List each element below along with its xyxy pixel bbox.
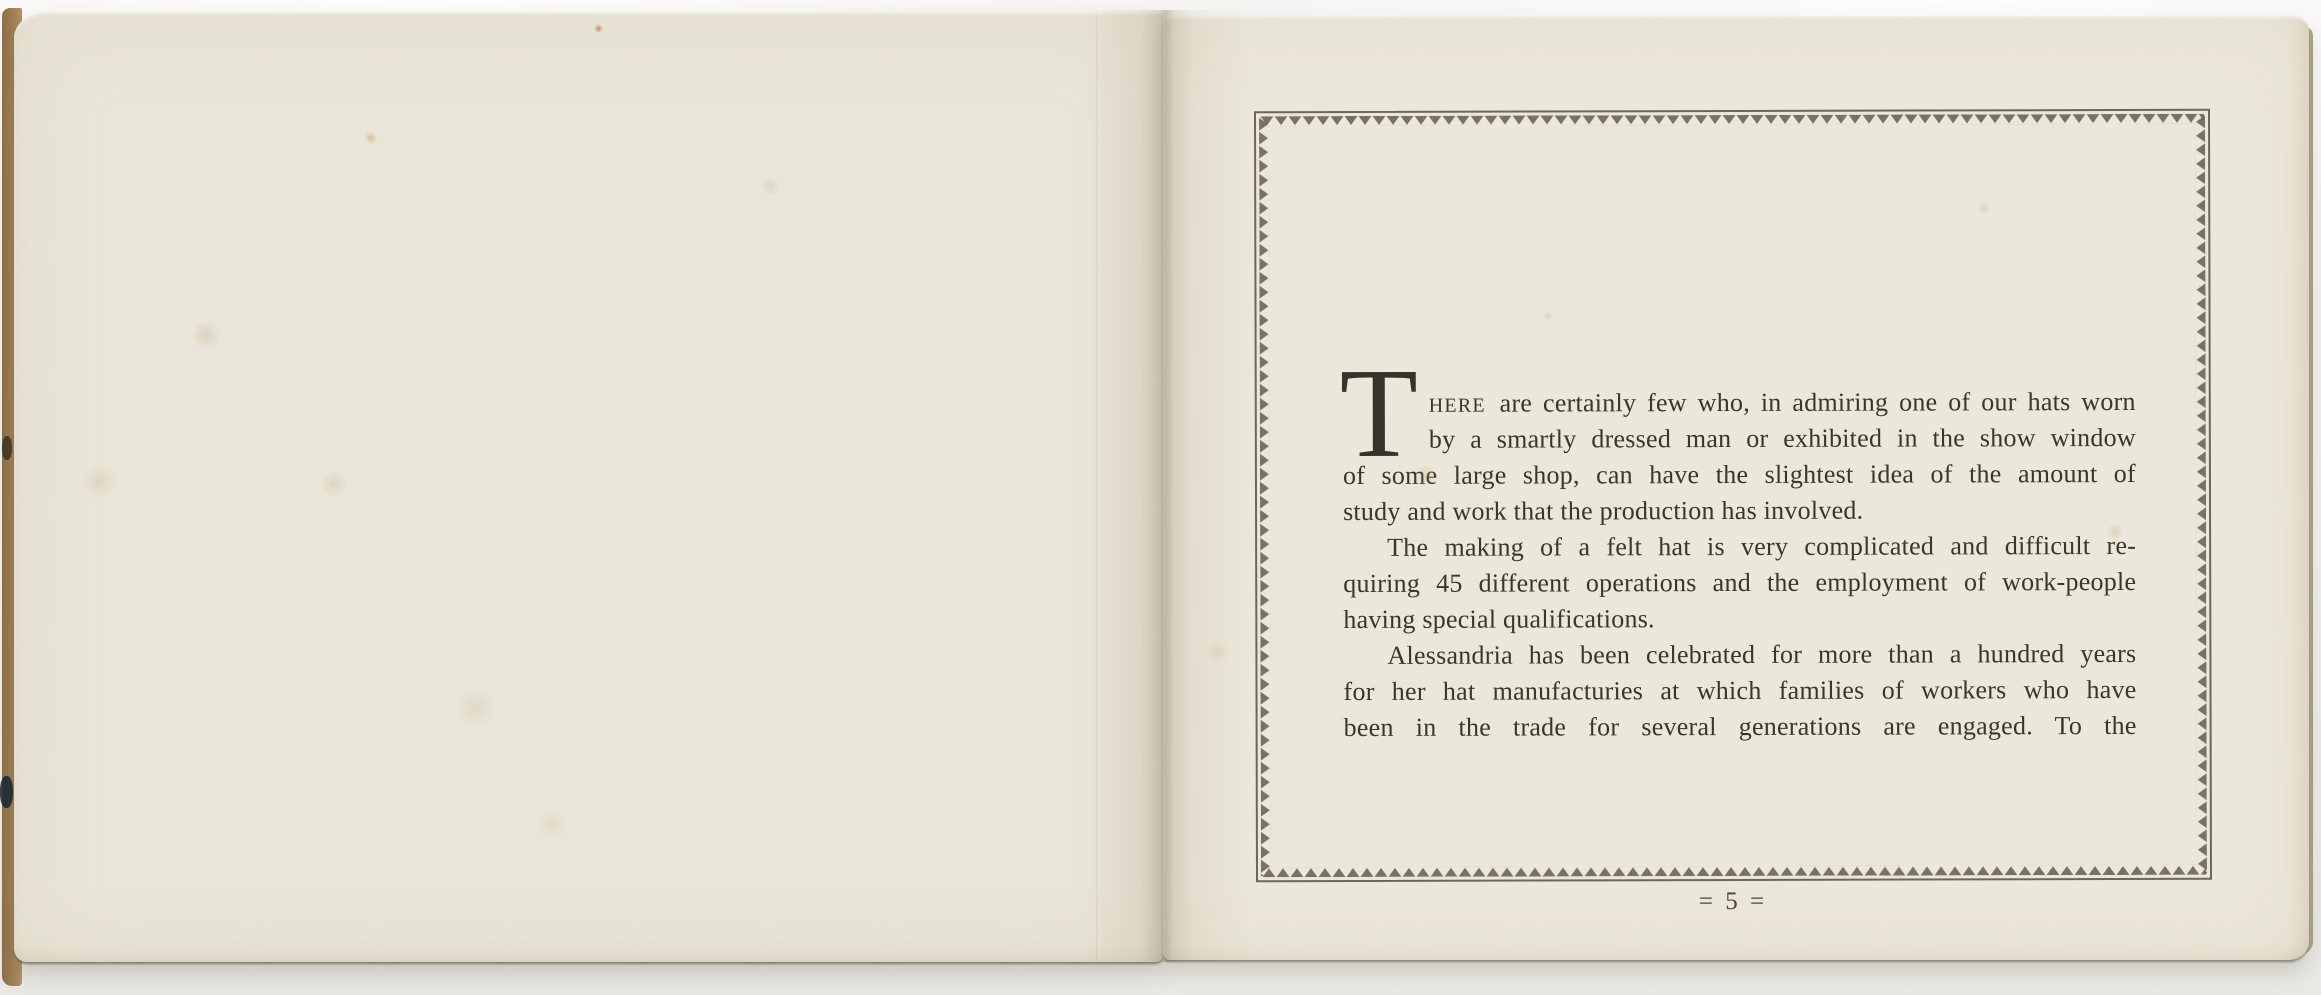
stain [319,472,349,496]
stain [534,812,570,838]
frame-ornament-left [1259,117,1271,876]
frame-ornament-bottom [1262,865,2206,877]
stain [1203,641,1231,663]
paragraph-1: T HERE are certainly few who, in admirin… [1343,384,2136,530]
decorative-frame: T HERE are certainly few who, in admirin… [1254,109,2212,883]
page-number: = 5 = [1255,888,2211,916]
stain [364,132,378,144]
text-line: Alessandria has been celebrated for more… [1343,636,2136,674]
stain [594,24,603,33]
left-page [14,12,1164,962]
frame-ornament-right [2195,115,2207,874]
text-line: by a smartly dressed man or exhibited in… [1429,420,2136,458]
text-line: HERE are certainly few who, in admiring … [1429,384,2136,422]
stain [759,177,781,195]
text-line: study and work that the production has i… [1343,492,2136,530]
frame-ornament-top [1260,114,2204,126]
text-line: having special qualifications. [1343,600,2136,638]
small-caps-lead: HERE [1429,395,1486,417]
text-line: been in the trade for several generation… [1344,708,2137,746]
text-line: of some large shop, can have the slighte… [1343,456,2136,494]
paragraph-3: Alessandria has been celebrated for more… [1343,636,2136,746]
right-page: T HERE are certainly few who, in admirin… [1163,16,2309,960]
stain [79,467,119,497]
body-text: T HERE are certainly few who, in admirin… [1343,384,2137,746]
stain [189,322,223,348]
cover-edge-mark [0,776,13,808]
text-line: quiring 45 different operations and the … [1343,564,2136,602]
paragraph-2: The making of a felt hat is very complic… [1343,528,2136,638]
cover-edge-mark [2,436,12,460]
text-line: The making of a felt hat is very complic… [1343,528,2136,566]
text-line-rest: are certainly few who, in admiring one o… [1489,387,2136,418]
text-line: for her hat manufacturies at which famil… [1343,672,2136,710]
drop-cap: T [1340,349,1419,477]
stain [454,692,498,724]
